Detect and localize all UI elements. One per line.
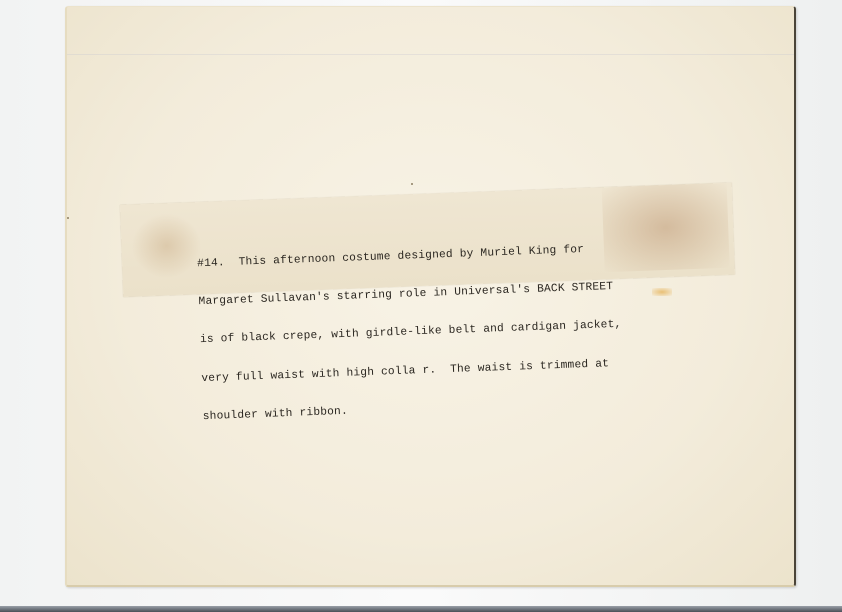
- caption-text: #14. This afternoon costume designed by …: [196, 217, 625, 450]
- scan-line: [67, 54, 794, 55]
- glue-stain-left: [130, 212, 202, 280]
- scanner-edge: [0, 606, 842, 612]
- dust-speck: [67, 217, 69, 219]
- caption-line: is of black crepe, with girdle-like belt…: [200, 319, 622, 347]
- caption-line: shoulder with ribbon.: [203, 396, 625, 424]
- tape-residue: [652, 288, 672, 296]
- caption-line: #14. This afternoon costume designed by …: [197, 242, 619, 270]
- caption-line: Margaret Sullavan's starring role in Uni…: [198, 281, 620, 309]
- dust-speck: [411, 183, 413, 185]
- glue-stain-right: [602, 183, 730, 273]
- caption-line: very full waist with high colla r. The w…: [201, 357, 623, 385]
